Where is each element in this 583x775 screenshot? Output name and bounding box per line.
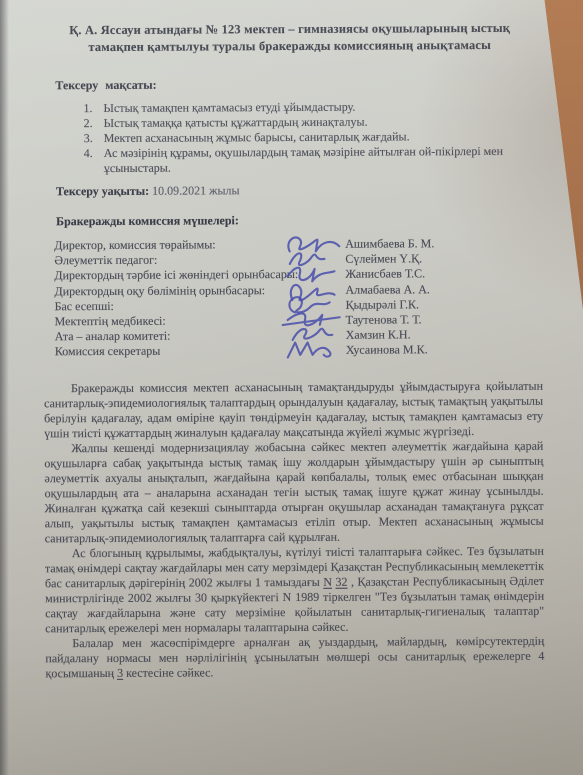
inspection-date-value: 10.09.2021 жылы <box>152 183 239 197</box>
document-title: Қ. А. Яссауи атындағы № 123 мектеп – гим… <box>50 20 529 56</box>
document-photo: Қ. А. Яссауи атындағы № 123 мектеп – гим… <box>0 0 583 775</box>
paragraph-text: Бракеражды комиссия мектеп асханасының т… <box>44 378 543 440</box>
member-name: Хусаинова М.К. <box>346 343 428 358</box>
member-name: Таутенова Т. Т. <box>346 312 422 327</box>
body-paragraph: Бракеражды комиссия мектеп асханасының т… <box>44 378 543 441</box>
member-row: Комиссия секретарыХусаинова М.К. <box>55 342 545 360</box>
signature-ink-mark <box>283 335 345 365</box>
paragraph-text: кестесіне сәйкес. <box>123 665 213 679</box>
member-role: Директордың оқу бөлімінің орынбасары: <box>54 283 265 298</box>
inspection-date-label: Тексеру уақыты: <box>56 184 149 198</box>
member-role: Ата – аналар комитеті: <box>55 329 171 344</box>
purpose-item: 4.Ас мәзірінің құрамы, оқушылардың тамақ… <box>84 144 544 176</box>
paragraphs: Бракеражды комиссия мектеп асханасының т… <box>44 378 545 681</box>
body-paragraph: Балалар мен жасөспірімдерге арналған ақ … <box>45 633 544 681</box>
member-role: Бас есепші: <box>55 299 114 313</box>
purpose-item-number: 3. <box>84 131 104 146</box>
purpose-item-number: 1. <box>83 101 103 116</box>
member-name: Сүлеймен Ү.Қ. <box>345 252 422 267</box>
members-list: Директор, комиссия төрайымы:Ашимбаева Б.… <box>54 236 545 360</box>
member-name: Хамзин К.Н. <box>346 328 411 343</box>
members-heading: Бракеражды комиссия мүшелері: <box>56 211 582 229</box>
member-role: Әлеуметтік педагог: <box>54 253 157 268</box>
underlined-text: N <box>323 574 332 588</box>
member-role: Директордың тәрбие ісі жөніндегі орынбас… <box>54 267 298 282</box>
inspection-dateline: Тексеру уақыты: 10.09.2021 жылы <box>56 181 582 199</box>
member-role: Директор, комиссия төрайымы: <box>54 237 215 252</box>
purpose-item-number: 2. <box>84 116 104 131</box>
member-name: Жанисбаев Т.С. <box>345 267 425 282</box>
member-role: Мектептің медбикесі: <box>55 314 166 329</box>
member-name: Алмабаева А. А. <box>345 282 429 297</box>
member-name: Ашимбаева Б. М. <box>345 236 434 251</box>
purpose-item-number: 4. <box>84 146 104 176</box>
body-paragraph: Ас блогының құрылымы, жабдықталуы, күтіл… <box>45 543 544 636</box>
document-content: Қ. А. Яссауи атындағы № 123 мектеп – гим… <box>0 0 583 775</box>
member-role: Комиссия секретары <box>55 344 161 359</box>
member-name: Қыдырәлі Г.К. <box>346 297 420 312</box>
body-paragraph: Жалпы кешенді модернизациялау жобасына с… <box>44 438 544 546</box>
underlined-text: 32 <box>335 574 347 588</box>
purpose-heading: Тексеру мақсаты: <box>55 75 581 93</box>
purpose-list: 1.Ыстық тамақпен қамтамасыз етуді ұйымда… <box>83 99 543 176</box>
paragraph-text: Жалпы кешенді модернизациялау жобасына с… <box>44 438 543 545</box>
paper-sheet: Қ. А. Яссауи атындағы № 123 мектеп – гим… <box>0 0 583 775</box>
purpose-item-text: Ас мәзірінің құрамы, оқушылардың тамақ м… <box>104 144 544 176</box>
